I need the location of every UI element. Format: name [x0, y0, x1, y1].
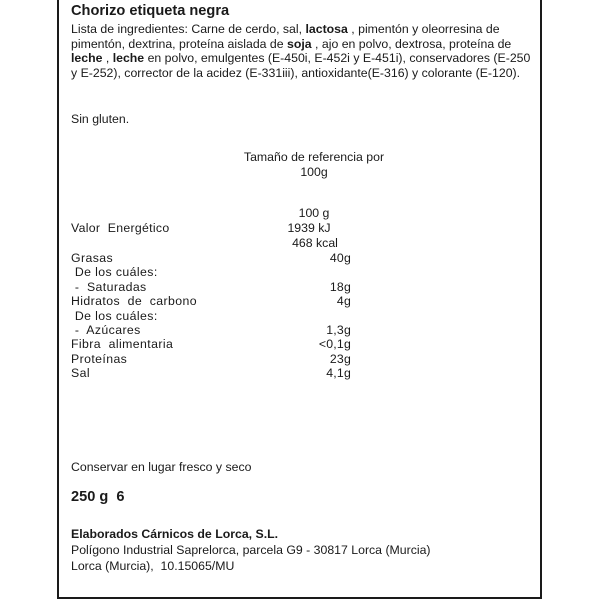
nutrition-row: Hidratos de carbono4g — [71, 294, 351, 309]
nutrient-value: <0,1g — [319, 337, 351, 352]
allergen-lactosa: lactosa — [305, 22, 347, 36]
manufacturer-address: Polígono Industrial Saprelorca, parcela … — [71, 543, 431, 558]
product-title: Chorizo etiqueta negra — [71, 3, 229, 20]
nutrition-row: Fibra alimentaria<0,1g — [71, 337, 351, 352]
ingredients-text: Lista de ingredientes: Carne de cerdo, s… — [71, 22, 305, 36]
reference-header-amount: 100g — [199, 165, 429, 180]
nutrient-value: 4g — [337, 294, 351, 309]
reference-header: Tamaño de referencia por — [199, 150, 429, 165]
nutrient-value: 18g — [330, 280, 351, 295]
allergen-leche: leche — [113, 51, 144, 65]
nutrition-row: Grasas40g — [71, 251, 351, 266]
nutrient-value: 23g — [330, 352, 351, 367]
nutrition-row: - Azúcares1,3g — [71, 323, 351, 338]
nutrient-value: 4,1g — [326, 366, 351, 381]
nutrient-name: Fibra alimentaria — [71, 337, 173, 352]
nutrition-row: - Saturadas18g — [71, 280, 351, 295]
nutrient-name: - Azúcares — [71, 323, 141, 338]
nutrient-name: Hidratos de carbono — [71, 294, 197, 309]
nutrient-name: Grasas — [71, 251, 113, 266]
allergen-soja: soja — [287, 37, 312, 51]
nutrient-name: Proteínas — [71, 352, 127, 367]
nutrient-name: De los cuáles: — [71, 309, 158, 324]
nutrition-row: Proteínas23g — [71, 352, 351, 367]
nutrition-row: De los cuáles: — [71, 309, 351, 324]
gluten-note: Sin gluten. — [71, 112, 129, 127]
allergen-leche: leche — [71, 51, 102, 65]
ingredients-text: , ajo en polvo, dextrosa, proteína de — [312, 37, 512, 51]
nutrition-row: De los cuáles: — [71, 265, 351, 280]
ingredients-list: Lista de ingredientes: Carne de cerdo, s… — [71, 22, 531, 80]
column-header: 100 g — [199, 206, 429, 221]
manufacturer-registry: Lorca (Murcia), 10.15065/MU — [71, 559, 234, 574]
nutrient-value: 40g — [330, 251, 351, 266]
nutrient-value: 1,3g — [326, 323, 351, 338]
nutrient-name: De los cuáles: — [71, 265, 158, 280]
manufacturer-name: Elaborados Cárnicos de Lorca, S.L. — [71, 527, 278, 542]
nutrient-name: - Saturadas — [71, 280, 147, 295]
nutrition-row: Sal4,1g — [71, 366, 351, 381]
product-label: Chorizo etiqueta negra Lista de ingredie… — [57, 0, 542, 599]
energy-label: Valor Energético — [71, 221, 170, 236]
net-quantity: 250 g 6 — [71, 489, 125, 505]
ingredients-text: , — [102, 51, 112, 65]
energy-kj: 1939 kJ — [194, 221, 424, 236]
energy-kcal: 468 kcal — [200, 236, 430, 251]
storage-instructions: Conservar en lugar fresco y seco — [71, 460, 251, 475]
nutrient-name: Sal — [71, 366, 90, 381]
